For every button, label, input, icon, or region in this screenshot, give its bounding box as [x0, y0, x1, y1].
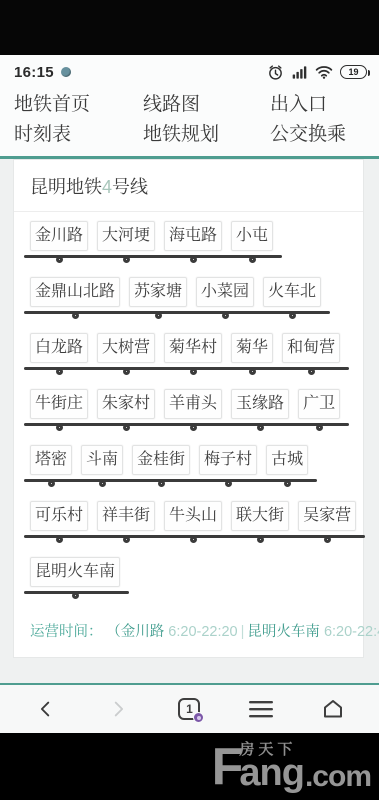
station-dot-icon — [158, 480, 165, 487]
station-dot-icon — [123, 424, 130, 431]
signal-bars-icon — [291, 65, 308, 80]
open-paren: （ — [114, 624, 121, 640]
first-station-name: 金川路 — [121, 624, 169, 640]
station-dot-icon — [56, 368, 63, 375]
back-icon[interactable] — [24, 689, 68, 729]
station-box[interactable]: 祥丰街 — [97, 501, 155, 531]
station-dot-icon — [316, 424, 323, 431]
battery-percent: 19 — [348, 68, 358, 77]
station-dot-icon — [190, 424, 197, 431]
station-box[interactable]: 羊甫头 — [164, 389, 222, 419]
home-icon[interactable] — [311, 689, 355, 729]
route-line — [24, 367, 349, 370]
top-black-bar — [0, 0, 379, 55]
browser-toolbar: 1 — [0, 685, 379, 733]
nav-item-bus-transfer[interactable]: 公交换乘 — [270, 122, 365, 148]
route-line — [24, 423, 349, 426]
station-box[interactable]: 可乐村 — [30, 501, 88, 531]
nav-item-line-map[interactable]: 线路图 — [143, 92, 270, 118]
station-box[interactable]: 小菜园 — [196, 277, 254, 307]
station-dot-icon — [56, 536, 63, 543]
station-box[interactable]: 大树营 — [97, 333, 155, 363]
station-box[interactable]: 塔密 — [30, 445, 72, 475]
tab-count-badge: 1 — [178, 698, 200, 720]
station-dot-icon — [123, 256, 130, 263]
last-station-name: 昆明火车南 — [247, 624, 324, 640]
route-line — [24, 311, 330, 314]
station-row: 金川路大河埂海屯路小屯 — [30, 221, 273, 263]
station-row: 牛街庄朱家村羊甫头玉缘路广卫 — [30, 389, 340, 431]
clock-text: 16:15 — [14, 64, 54, 81]
station-box[interactable]: 梅子村 — [199, 445, 257, 475]
station-dot-icon — [284, 480, 291, 487]
logo-com: .com — [305, 765, 371, 789]
station-box[interactable]: 菊华 — [231, 333, 273, 363]
station-box[interactable]: 苏家塘 — [129, 277, 187, 307]
metro-nav-menu: 地铁首页 线路图 出入口 时刻表 地铁规划 公交换乘 — [0, 89, 379, 156]
station-row: 塔密斗南金桂街梅子村古城 — [30, 445, 308, 487]
station-dot-icon — [190, 368, 197, 375]
station-dot-icon — [123, 536, 130, 543]
logo-ang: ang — [239, 758, 304, 788]
station-box[interactable]: 金鼎山北路 — [30, 277, 120, 307]
station-box[interactable]: 海屯路 — [164, 221, 222, 251]
station-rows: 金川路大河埂海屯路小屯金鼎山北路苏家塘小菜园火车北白龙路大树营菊华村菊华和甸营牛… — [14, 212, 363, 599]
station-dot-icon — [308, 368, 315, 375]
station-box[interactable]: 白龙路 — [30, 333, 88, 363]
station-dot-icon — [72, 312, 79, 319]
station-box[interactable]: 朱家村 — [97, 389, 155, 419]
notification-dot-icon — [61, 67, 71, 77]
station-box[interactable]: 广卫 — [298, 389, 340, 419]
station-box[interactable]: 火车北 — [263, 277, 321, 307]
nav-item-home[interactable]: 地铁首页 — [14, 92, 143, 118]
tabs-icon[interactable]: 1 — [167, 689, 211, 729]
station-dot-icon — [257, 536, 264, 543]
station-box[interactable]: 古城 — [266, 445, 308, 475]
page-content: 昆明地铁4号线 金川路大河埂海屯路小屯金鼎山北路苏家塘小菜园火车北白龙路大树营菊… — [0, 159, 379, 683]
route-line — [24, 255, 282, 258]
station-dot-icon — [72, 592, 79, 599]
station-dot-icon — [56, 256, 63, 263]
station-box[interactable]: 金桂街 — [132, 445, 190, 475]
status-bar: 16:15 19 — [0, 55, 379, 89]
last-station-hours: 6:20-22:45 — [324, 624, 379, 640]
fang-logo: F 房天下 ang .com — [212, 744, 371, 788]
station-box[interactable]: 牛头山 — [164, 501, 222, 531]
station-box[interactable]: 菊华村 — [164, 333, 222, 363]
station-row: 可乐村祥丰街牛头山联大街吴家营 — [30, 501, 356, 543]
time-separator: | — [241, 624, 245, 640]
menu-icon[interactable] — [239, 689, 283, 729]
station-dot-icon — [249, 256, 256, 263]
logo-letter-f: F — [212, 747, 242, 789]
line-card: 昆明地铁4号线 金川路大河埂海屯路小屯金鼎山北路苏家塘小菜园火车北白龙路大树营菊… — [13, 159, 364, 658]
station-row: 金鼎山北路苏家塘小菜园火车北 — [30, 277, 321, 319]
station-dot-icon — [123, 368, 130, 375]
station-dot-icon — [249, 368, 256, 375]
station-box[interactable]: 金川路 — [30, 221, 88, 251]
route-line — [24, 479, 317, 482]
station-dot-icon — [257, 424, 264, 431]
watermark-bar: F 房天下 ang .com — [0, 733, 379, 800]
line-title: 昆明地铁4号线 — [14, 160, 363, 212]
station-box[interactable]: 吴家营 — [298, 501, 356, 531]
station-dot-icon — [155, 312, 162, 319]
tab-count: 1 — [186, 702, 193, 716]
operating-time: 运营时间：（金川路 6:20-22:20|昆明火车南 6:20-22:45） — [14, 613, 363, 657]
nav-item-timetable[interactable]: 时刻表 — [14, 122, 143, 148]
station-box[interactable]: 牛街庄 — [30, 389, 88, 419]
station-dot-icon — [56, 424, 63, 431]
forward-icon[interactable] — [96, 689, 140, 729]
phone-screen: 16:15 19 — [0, 0, 379, 800]
title-highlight: 4 — [102, 177, 112, 197]
station-box[interactable]: 昆明火车南 — [30, 557, 120, 587]
title-prefix: 昆明地铁 — [30, 177, 102, 197]
nav-item-planning[interactable]: 地铁规划 — [143, 122, 270, 148]
status-left: 16:15 — [14, 64, 71, 81]
station-box[interactable]: 小屯 — [231, 221, 273, 251]
tab-notification-badge — [193, 712, 204, 723]
status-right: 19 — [267, 64, 367, 81]
station-box[interactable]: 斗南 — [81, 445, 123, 475]
station-box[interactable]: 联大街 — [231, 501, 289, 531]
operating-time-label: 运营时间： — [30, 624, 103, 640]
first-station-hours: 6:20-22:20 — [168, 624, 237, 640]
station-dot-icon — [48, 480, 55, 487]
station-dot-icon — [99, 480, 106, 487]
station-dot-icon — [225, 480, 232, 487]
title-suffix: 号线 — [112, 177, 148, 197]
station-dot-icon — [289, 312, 296, 319]
station-dot-icon — [190, 536, 197, 543]
station-box[interactable]: 和甸营 — [282, 333, 340, 363]
station-row: 白龙路大树营菊华村菊华和甸营 — [30, 333, 340, 375]
station-dot-icon — [324, 536, 331, 543]
station-row: 昆明火车南 — [30, 557, 120, 599]
station-box[interactable]: 玉缘路 — [231, 389, 289, 419]
station-dot-icon — [222, 312, 229, 319]
station-dot-icon — [190, 256, 197, 263]
station-box[interactable]: 大河埂 — [97, 221, 155, 251]
alarm-clock-icon — [267, 64, 284, 81]
nav-item-exits[interactable]: 出入口 — [270, 92, 365, 118]
wifi-icon — [315, 65, 333, 79]
battery-icon: 19 — [340, 65, 367, 79]
